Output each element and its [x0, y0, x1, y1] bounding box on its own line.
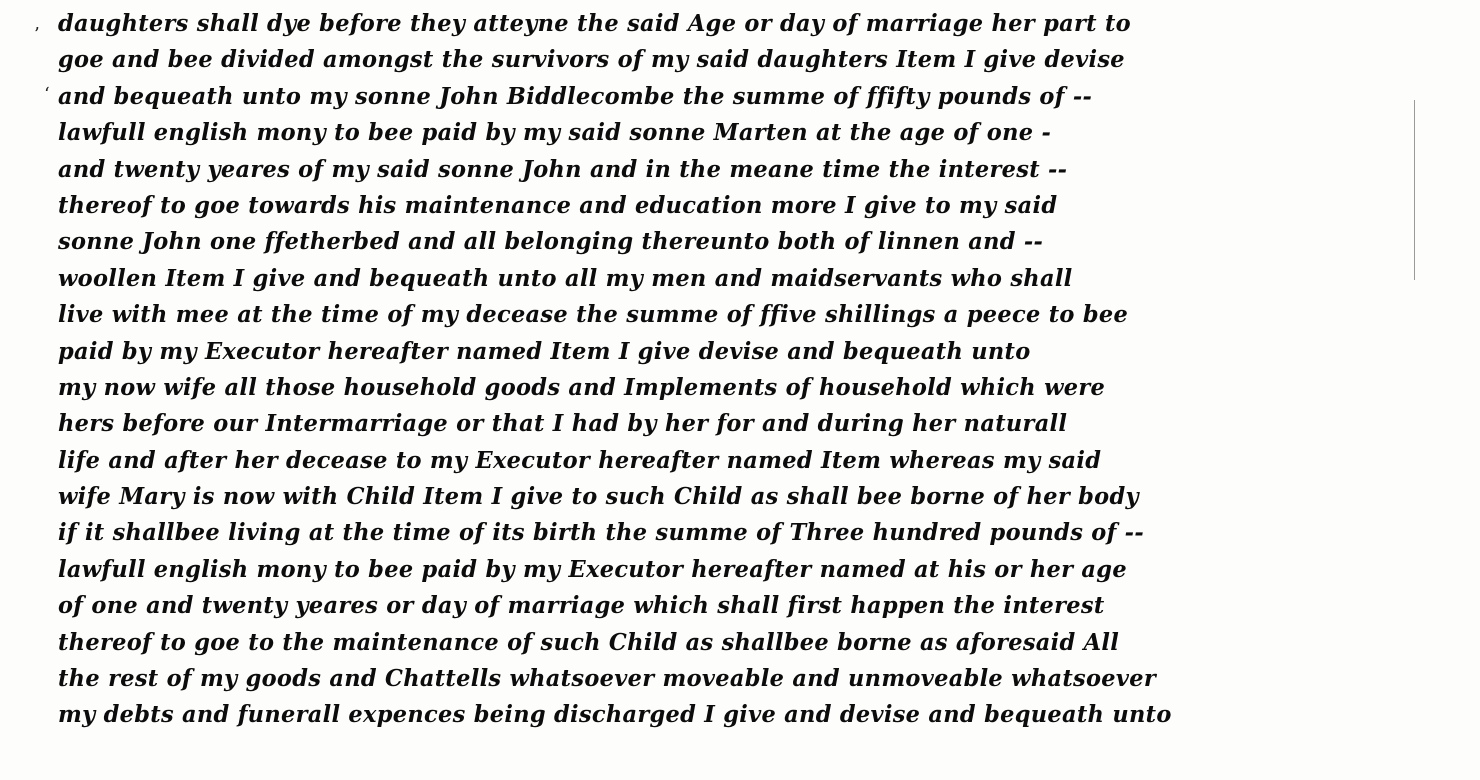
manuscript-line: lawfull english mony to bee paid by my E… — [58, 552, 1408, 588]
manuscript-line: if it shallbee living at the time of its… — [58, 515, 1408, 551]
manuscript-line: thereof to goe towards his maintenance a… — [58, 188, 1408, 224]
manuscript-line: daughters shall dye before they atteyne … — [58, 6, 1408, 42]
manuscript-line: paid by my Executor hereafter named Item… — [58, 334, 1408, 370]
manuscript-line: hers before our Intermarriage or that I … — [58, 406, 1408, 442]
manuscript-line: lawfull english mony to bee paid by my s… — [58, 115, 1408, 151]
manuscript-line: of one and twenty yeares or day of marri… — [58, 588, 1408, 624]
manuscript-line: thereof to goe to the maintenance of suc… — [58, 625, 1408, 661]
manuscript-text-block: daughters shall dye before they atteyne … — [58, 6, 1438, 734]
manuscript-line: and bequeath unto my sonne John Biddleco… — [58, 79, 1408, 115]
manuscript-line: goe and bee divided amongst the survivor… — [58, 42, 1408, 78]
marginal-tick-mark: ’ — [34, 24, 40, 45]
manuscript-line: the rest of my goods and Chattells whats… — [58, 661, 1408, 697]
manuscript-line: my debts and funerall expences being dis… — [58, 697, 1408, 733]
manuscript-line: my now wife all those household goods an… — [58, 370, 1408, 406]
manuscript-line: wife Mary is now with Child Item I give … — [58, 479, 1408, 515]
manuscript-line: woollen Item I give and bequeath unto al… — [58, 261, 1408, 297]
manuscript-line: live with mee at the time of my decease … — [58, 297, 1408, 333]
manuscript-line: and twenty yeares of my said sonne John … — [58, 152, 1408, 188]
marginal-tick-mark: ‘ — [44, 84, 50, 105]
manuscript-page: ’ ‘ daughters shall dye before they atte… — [0, 0, 1480, 780]
manuscript-line: sonne John one ffetherbed and all belong… — [58, 224, 1408, 260]
manuscript-line: life and after her decease to my Executo… — [58, 443, 1408, 479]
